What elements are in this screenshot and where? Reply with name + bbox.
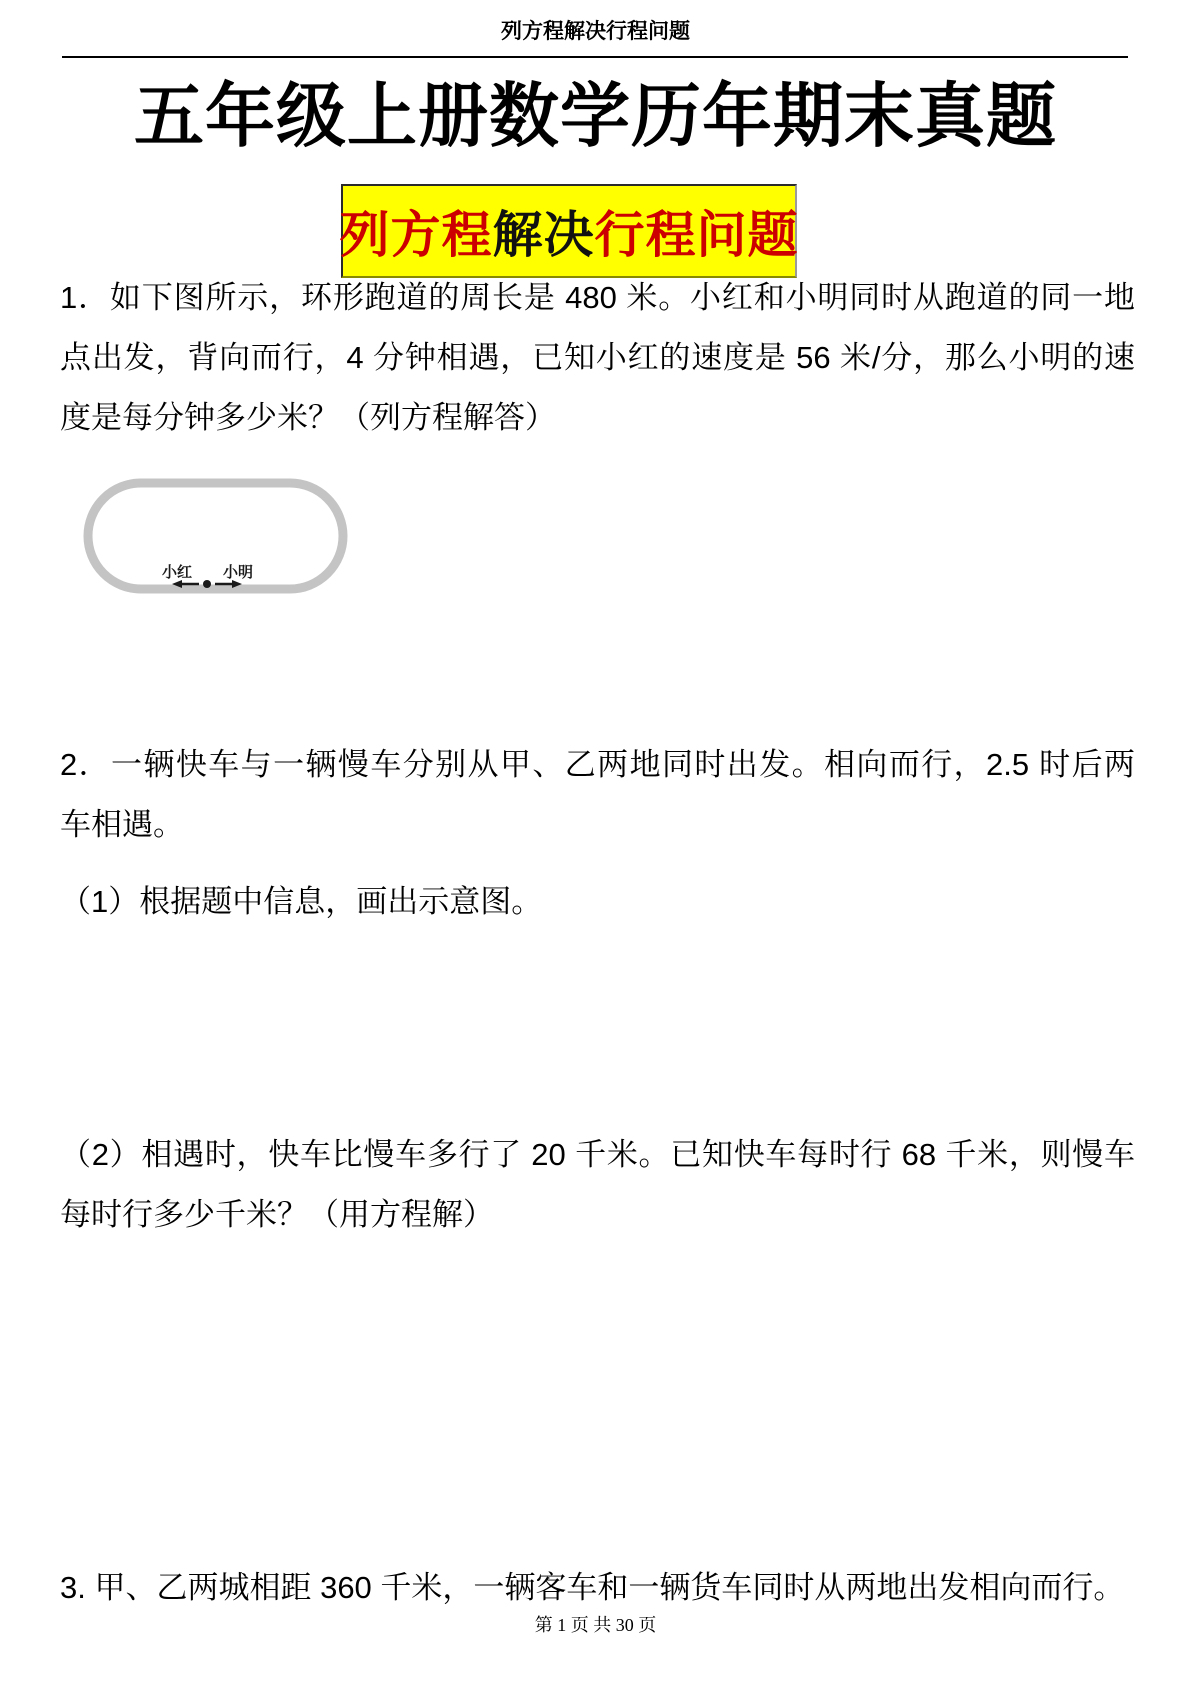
header-divider-line: [62, 56, 1128, 58]
question-2-item-2-line-1: （2）相遇时，快车比慢车多行了 20 千米。已知快车每时行 68 千米，则慢车: [60, 1125, 1135, 1185]
question-2-item-2: （2）相遇时，快车比慢车多行了 20 千米。已知快车每时行 68 千米，则慢车 …: [60, 1125, 1135, 1245]
question-2: 2．一辆快车与一辆慢车分别从甲、乙两地同时出发。相向而行，2.5 时后两 车相遇…: [60, 735, 1135, 855]
runner-label-left: 小红: [162, 563, 192, 581]
question-1-line-3: 度是每分钟多少米？（列方程解答）: [60, 388, 1135, 448]
circular-track-diagram: 小红 小明: [83, 478, 348, 594]
running-header-title: 列方程解决行程问题: [0, 18, 1191, 46]
question-2-line-1: 2．一辆快车与一辆慢车分别从甲、乙两地同时出发。相向而行，2.5 时后两: [60, 735, 1135, 795]
question-3: 3. 甲、乙两城相距 360 千米，一辆客车和一辆货车同时从两地出发相向而行。: [60, 1558, 1135, 1618]
page-footer: 第 1 页 共 30 页: [0, 1612, 1191, 1638]
question-2-item-2-line-2: 每时行多少千米？（用方程解）: [60, 1185, 1135, 1245]
page-title: 五年级上册数学历年期末真题: [0, 74, 1191, 158]
question-1-line-1: 1．如下图所示，环形跑道的周长是 480 米。小红和小明同时从跑道的同一地: [60, 268, 1135, 328]
question-2-line-2: 车相遇。: [60, 795, 1135, 855]
runner-label-right: 小明: [223, 564, 253, 581]
start-point-dot: [203, 580, 211, 588]
subtitle-segment-red-2: 行程问题: [595, 195, 799, 267]
question-2-item-1-line-1: （1）根据题中信息，画出示意图。: [60, 872, 1135, 932]
track-ring: [88, 483, 343, 589]
question-2-item-1: （1）根据题中信息，画出示意图。: [60, 872, 1135, 932]
question-3-line-1: 3. 甲、乙两城相距 360 千米，一辆客车和一辆货车同时从两地出发相向而行。: [60, 1558, 1135, 1618]
subtitle-segment-red-1: 列方程: [340, 195, 493, 267]
worksheet-page: 列方程解决行程问题 五年级上册数学历年期末真题 列方程解决行程问题 1．如下图所…: [0, 0, 1191, 1684]
subtitle-segment-black: 解决: [493, 195, 595, 267]
subtitle-highlight-banner: 列方程解决行程问题: [341, 184, 797, 278]
question-1: 1．如下图所示，环形跑道的周长是 480 米。小红和小明同时从跑道的同一地 点出…: [60, 268, 1135, 448]
question-1-line-2: 点出发，背向而行，4 分钟相遇，已知小红的速度是 56 米/分，那么小明的速: [60, 328, 1135, 388]
